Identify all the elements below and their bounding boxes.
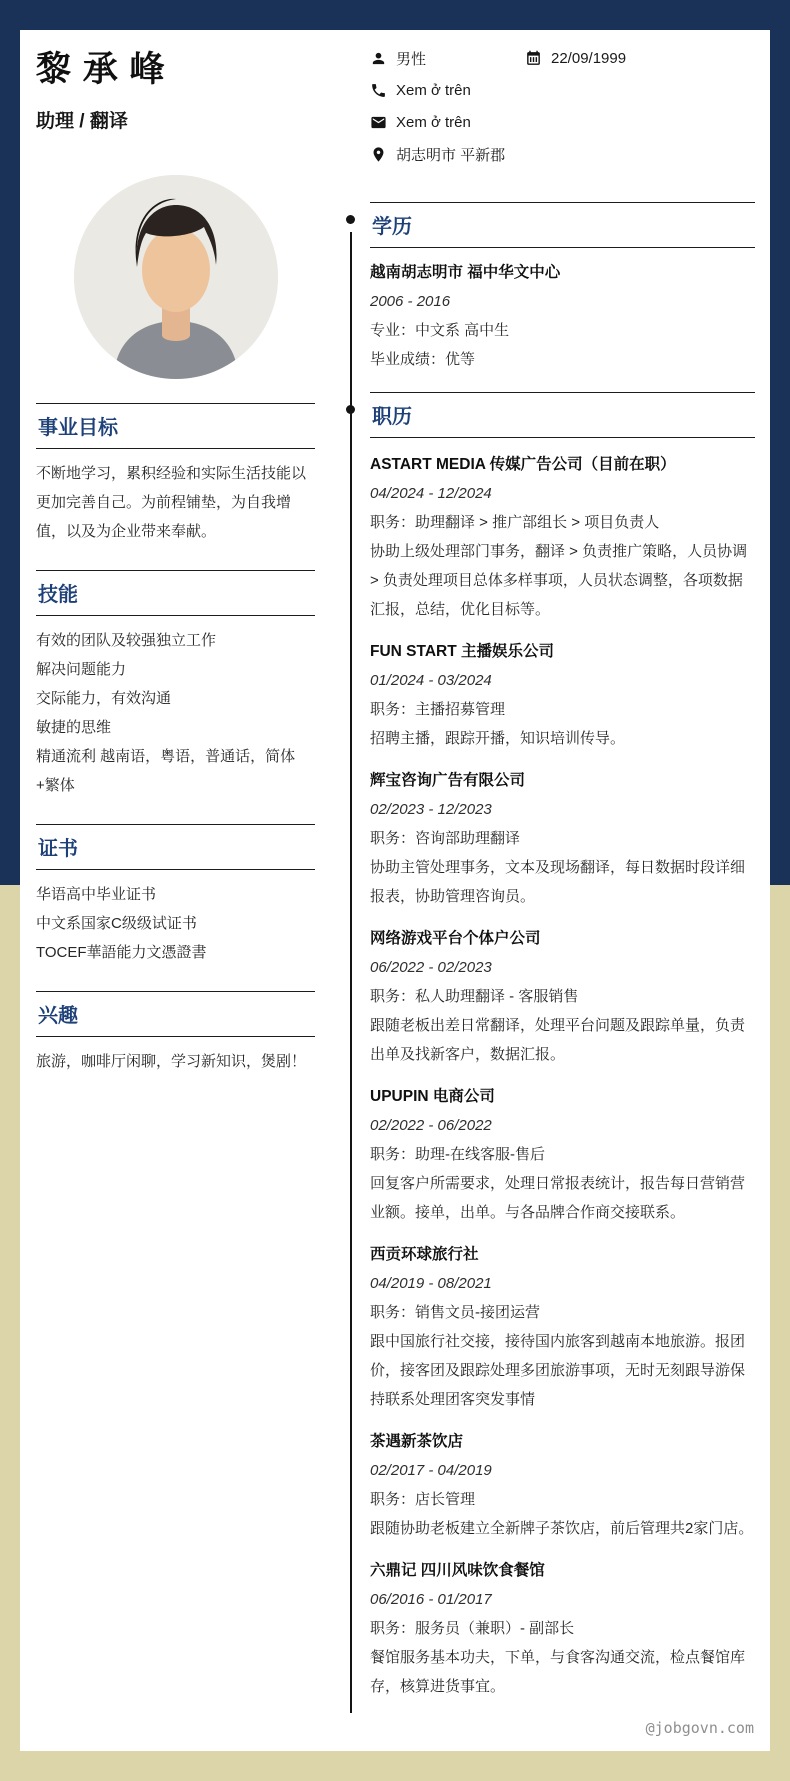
job-company: 六鼎记 四川风味饮食餐馆: [370, 1556, 755, 1585]
education-major: 专业：中文系 高中生: [370, 316, 755, 345]
section-education: 学历 越南胡志明市 福中华文中心 2006 - 2016 专业：中文系 高中生 …: [370, 202, 755, 374]
certificate-item: 中文系国家C级级试证书: [36, 909, 315, 938]
skill-item: 有效的团队及较强独立工作: [36, 626, 315, 655]
job-description: 协助上级处理部门事务，翻译 > 负责推广策略，人员协调 > 负责处理项目总体多样…: [370, 537, 755, 624]
education-dates: 2006 - 2016: [370, 287, 755, 316]
job-company: ASTART MEDIA 传媒广告公司（目前在职）: [370, 450, 755, 479]
resume-page: { "header": { "name": "黎 承 峰", "title": …: [0, 0, 790, 1781]
objective-text: 不断地学习，累积经验和实际生活技能以更加完善自己。为前程铺垫，为自我增值，以及为…: [36, 459, 315, 546]
contact-row: Xem ở trên: [370, 106, 755, 138]
contact-email: Xem ở trên: [370, 114, 471, 131]
job-company: FUN START 主播娱乐公司: [370, 637, 755, 666]
section-education-heading: 学历: [370, 202, 755, 248]
gender-value: 男性: [396, 48, 426, 69]
job-dates: 01/2024 - 03/2024: [370, 666, 755, 695]
job-description: 跟随老板出差日常翻译，处理平台问题及跟踪单量，负责出单及找新客户，数据汇报。: [370, 1011, 755, 1069]
location-pin-icon: [370, 146, 387, 163]
section-skills-heading: 技能: [36, 570, 315, 616]
person-icon: [370, 50, 387, 67]
section-interests-heading: 兴趣: [36, 991, 315, 1037]
education-grade: 毕业成绩：优等: [370, 345, 755, 374]
timeline-dot: [346, 215, 355, 224]
job-role: 职务：店长管理: [370, 1485, 755, 1514]
contact-row: 胡志明市 平新郡: [370, 138, 755, 170]
profile-photo: [74, 175, 278, 379]
person-job-title: 助理 / 翻译: [36, 106, 315, 133]
job-description: 招聘主播，跟踪开播，知识培训传导。: [370, 724, 755, 753]
job-role: 职务：销售文员-接团运营: [370, 1298, 755, 1327]
section-experience: 职历 ASTART MEDIA 传媒广告公司（目前在职） 04/2024 - 1…: [370, 392, 755, 1701]
job-dates: 06/2016 - 01/2017: [370, 1585, 755, 1614]
section-interests: 兴趣 旅游，咖啡厅闲聊，学习新知识，煲剧！: [36, 991, 315, 1076]
timeline-dot: [346, 405, 355, 414]
contact-row: Xem ở trên: [370, 74, 755, 106]
watermark: @jobgovn.com: [646, 1719, 754, 1737]
contact-gender: 男性: [370, 48, 525, 69]
section-objective: 事业目标 不断地学习，累积经验和实际生活技能以更加完善自己。为前程铺垫，为自我增…: [36, 403, 315, 546]
skill-item: 交际能力，有效沟通: [36, 684, 315, 713]
section-certificates: 证书 华语高中毕业证书 中文系国家C级级试证书 TOCEF華語能力文憑證書: [36, 824, 315, 967]
job-role: 职务：服务员（兼职）- 副部长: [370, 1614, 755, 1643]
contact-block: 男性 22/09/1999 Xem ở trên Xem ở trên: [370, 42, 755, 170]
job-role: 职务：助理翻译 > 推广部组长 > 项目负责人: [370, 508, 755, 537]
phone-icon: [370, 82, 387, 99]
job-role: 职务：咨询部助理翻译: [370, 824, 755, 853]
job-dates: 02/2022 - 06/2022: [370, 1111, 755, 1140]
job-description: 跟随协助老板建立全新牌子茶饮店，前后管理共2家门店。: [370, 1514, 755, 1543]
job-dates: 02/2023 - 12/2023: [370, 795, 755, 824]
contact-phone: Xem ở trên: [370, 82, 471, 99]
dob-value: 22/09/1999: [551, 50, 626, 67]
mail-icon: [370, 114, 387, 131]
job-entry: 辉宝咨询广告有限公司 02/2023 - 12/2023 职务：咨询部助理翻译 …: [370, 766, 755, 911]
person-name: 黎 承 峰: [36, 48, 315, 92]
section-skills: 技能 有效的团队及较强独立工作 解决问题能力 交际能力，有效沟通 敏捷的思维 精…: [36, 570, 315, 800]
job-entry: 茶遇新茶饮店 02/2017 - 04/2019 职务：店长管理 跟随协助老板建…: [370, 1427, 755, 1543]
job-entry: 西贡环球旅行社 04/2019 - 08/2021 职务：销售文员-接团运营 跟…: [370, 1240, 755, 1414]
job-entry: FUN START 主播娱乐公司 01/2024 - 03/2024 职务：主播…: [370, 637, 755, 753]
job-dates: 02/2017 - 04/2019: [370, 1456, 755, 1485]
skill-item: 精通流利 越南语，粤语，普通话，简体+繁体: [36, 742, 315, 800]
left-column: 黎 承 峰 助理 / 翻译 事业目标 不断地学习，累积经验和实际生活技能以更加完…: [20, 30, 350, 1751]
timeline-line: [350, 232, 352, 1713]
section-certificates-heading: 证书: [36, 824, 315, 870]
job-company: 网络游戏平台个体户公司: [370, 924, 755, 953]
email-value: Xem ở trên: [396, 114, 471, 131]
job-dates: 06/2022 - 02/2023: [370, 953, 755, 982]
job-description: 餐馆服务基本功夫，下单，与食客沟通交流，检点餐馆库存，核算进货事宜。: [370, 1643, 755, 1701]
job-entry: 六鼎记 四川风味饮食餐馆 06/2016 - 01/2017 职务：服务员（兼职…: [370, 1556, 755, 1701]
interests-text: 旅游，咖啡厅闲聊，学习新知识，煲剧！: [36, 1047, 315, 1076]
phone-value: Xem ở trên: [396, 82, 471, 99]
job-company: 西贡环球旅行社: [370, 1240, 755, 1269]
certificate-item: TOCEF華語能力文憑證書: [36, 938, 315, 967]
job-entry: 网络游戏平台个体户公司 06/2022 - 02/2023 职务：私人助理翻译 …: [370, 924, 755, 1069]
section-experience-heading: 职历: [370, 392, 755, 438]
job-company: 茶遇新茶饮店: [370, 1427, 755, 1456]
contact-dob: 22/09/1999: [525, 50, 626, 67]
right-column: 男性 22/09/1999 Xem ở trên Xem ở trên: [350, 30, 770, 1751]
skill-item: 敏捷的思维: [36, 713, 315, 742]
profile-photo-illustration: [74, 175, 278, 379]
job-company: UPUPIN 电商公司: [370, 1082, 755, 1111]
job-dates: 04/2019 - 08/2021: [370, 1269, 755, 1298]
calendar-icon: [525, 50, 542, 67]
job-entry: ASTART MEDIA 传媒广告公司（目前在职） 04/2024 - 12/2…: [370, 450, 755, 624]
contact-address: 胡志明市 平新郡: [370, 144, 505, 165]
job-dates: 04/2024 - 12/2024: [370, 479, 755, 508]
job-entry: UPUPIN 电商公司 02/2022 - 06/2022 职务：助理-在线客服…: [370, 1082, 755, 1227]
section-objective-heading: 事业目标: [36, 403, 315, 449]
resume-card: 黎 承 峰 助理 / 翻译 事业目标 不断地学习，累积经验和实际生活技能以更加完…: [20, 30, 770, 1751]
job-description: 协助主管处理事务，文本及现场翻译，每日数据时段详细报表，协助管理咨询员。: [370, 853, 755, 911]
certificate-item: 华语高中毕业证书: [36, 880, 315, 909]
job-role: 职务：主播招募管理: [370, 695, 755, 724]
job-role: 职务：助理-在线客服-售后: [370, 1140, 755, 1169]
address-value: 胡志明市 平新郡: [396, 144, 505, 165]
job-description: 回复客户所需要求，处理日常报表统计，报告每日营销营业额。接单，出单。与各品牌合作…: [370, 1169, 755, 1227]
education-school: 越南胡志明市 福中华文中心: [370, 258, 755, 287]
job-company: 辉宝咨询广告有限公司: [370, 766, 755, 795]
job-description: 跟中国旅行社交接，接待国内旅客到越南本地旅游。报团价，接客团及跟踪处理多团旅游事…: [370, 1327, 755, 1414]
skill-item: 解决问题能力: [36, 655, 315, 684]
contact-row: 男性 22/09/1999: [370, 42, 755, 74]
job-role: 职务：私人助理翻译 - 客服销售: [370, 982, 755, 1011]
